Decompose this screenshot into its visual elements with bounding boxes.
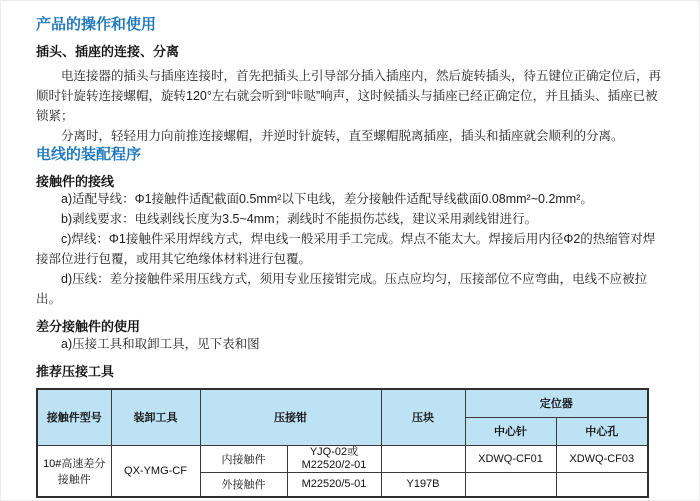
cell-contact-type-inner: 内接触件 (200, 445, 287, 472)
col-header-contact-model: 接触件型号 (37, 389, 111, 445)
col-header-press-block: 压块 (381, 389, 465, 445)
col-header-locator: 定位器 (465, 389, 648, 417)
table-row-inner-contact: 10#高速差分接触件 QX-YMG-CF 内接触件 YJQ-02或 M22520… (37, 445, 648, 472)
cell-center-pin-outer (465, 472, 556, 497)
section-title-wire-assembly: 电线的装配程序 (36, 146, 666, 164)
cell-pliers-outer: M22520/5-01 (287, 472, 381, 497)
subheading-contact-wiring: 接触件的接线 (36, 174, 666, 189)
cell-block-outer: Y197B (381, 472, 465, 497)
list-item-c-solder: c)焊线：Φ1接触件采用焊线方式，焊电线一般采用手工完成。焊点不能太大。焊接后用… (36, 229, 666, 269)
subheading-plug-socket-connect: 插头、插座的连接、分离 (36, 44, 666, 59)
paragraph-connect-procedure: 电连接器的插头与插座连接时，首先把插头上引导部分插入插座内，然后旋转插头，待五键… (36, 66, 666, 126)
cell-center-pin-inner: XDWQ-CF01 (465, 445, 556, 472)
list-item-d-crimp: d)压线：差分接触件采用压线方式，须用专业压接钳完成。压点应均匀，压接部位不应弯… (36, 269, 666, 309)
col-header-center-hole: 中心孔 (556, 417, 648, 445)
crimp-tool-table: 接触件型号 装卸工具 压接钳 压块 定位器 中心针 中心孔 10#高速差分接触件… (36, 388, 649, 498)
cell-block-inner (381, 445, 465, 472)
col-header-crimp-pliers: 压接钳 (200, 389, 381, 445)
list-item-crimp-tools: a)压接工具和取卸工具，见下表和图 (36, 334, 666, 354)
cell-install-tool: QX-YMG-CF (111, 445, 200, 497)
cell-center-hole-outer (556, 472, 648, 497)
list-item-a-wire-match: a)适配导线：Φ1接触件适配截面0.5mm²以下电线，差分接触件适配导线截面0.… (36, 189, 666, 209)
cell-center-hole-inner: XDWQ-CF03 (556, 445, 648, 472)
cell-contact-type-outer: 外接触件 (200, 472, 287, 497)
section-title-operation: 产品的操作和使用 (36, 16, 666, 34)
paragraph-separate-procedure: 分离时，轻轻用力向前推连接螺帽，并逆时针旋转，直至螺帽脱离插座，插头和插座就会顺… (36, 126, 666, 146)
cell-pliers-inner: YJQ-02或 M22520/2-01 (287, 445, 381, 472)
col-header-install-tool: 装卸工具 (111, 389, 200, 445)
col-header-center-pin: 中心针 (465, 417, 556, 445)
table-title-recommended-tools: 推荐压接工具 (36, 364, 666, 379)
list-item-b-strip: b)剥线要求：电线剥线长度为3.5~4mm；剥线时不能损伤芯线，建议采用剥线钳进… (36, 209, 666, 229)
document-page: 产品的操作和使用 插头、插座的连接、分离 电连接器的插头与插座连接时，首先把插头… (0, 0, 700, 501)
cell-contact-model: 10#高速差分接触件 (37, 445, 111, 497)
subheading-differential-contact-use: 差分接触件的使用 (36, 319, 666, 334)
